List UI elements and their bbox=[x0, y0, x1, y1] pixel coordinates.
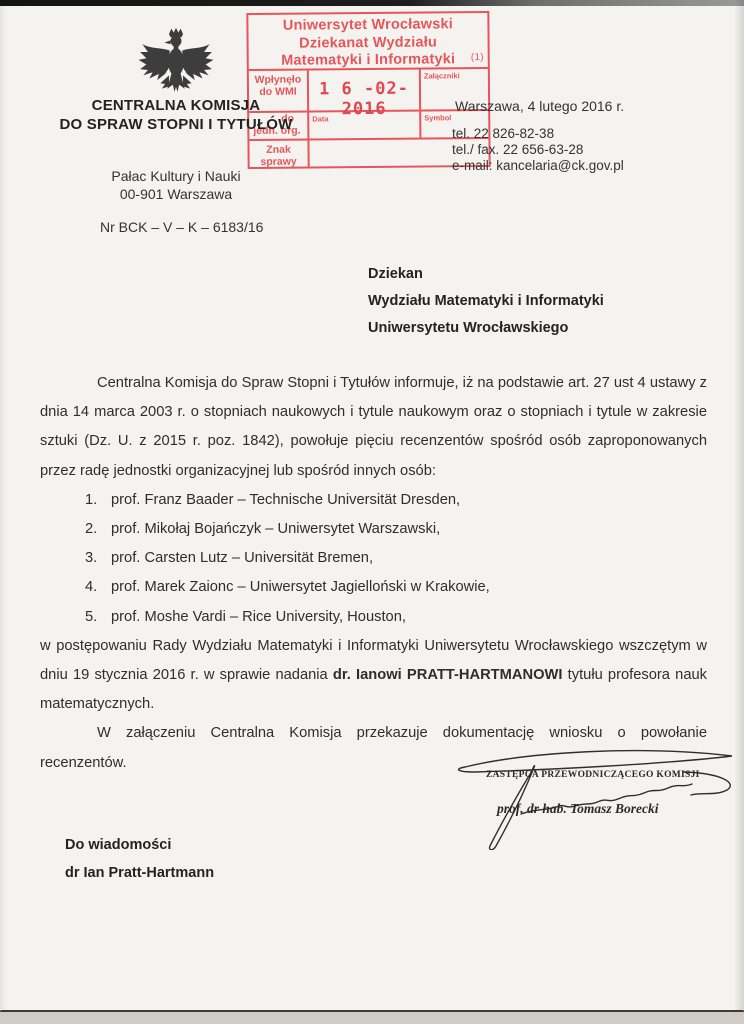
phone-line: tel. 22 826-82-38 bbox=[452, 126, 624, 142]
contact-info: tel. 22 826-82-38 tel./ fax. 22 656-63-2… bbox=[452, 126, 624, 174]
list-item: 1. prof. Franz Baader – Technische Unive… bbox=[85, 486, 707, 515]
signature-scribble bbox=[435, 740, 741, 850]
letter-body: Centralna Komisja do Spraw Stopni i Tytu… bbox=[40, 369, 707, 778]
scan-top-edge-artifact bbox=[0, 0, 744, 6]
signature-block: ZASTĘPCA PRZEWODNICZĄCEGO KOMISJI prof. … bbox=[435, 740, 741, 850]
cc-name: dr Ian Pratt-Hartmann bbox=[65, 860, 214, 888]
stamp-org-line1: Uniwersytet Wrocławski bbox=[248, 16, 487, 36]
recipient-block: Dziekan Wydziału Matematyki i Informatyk… bbox=[368, 261, 604, 342]
stamp-org-line2: Dziekanat Wydziału bbox=[249, 33, 488, 53]
stamp-date-cell: Data bbox=[309, 112, 421, 139]
scanned-letter-page: { "letterhead": { "org_line1": "CENTRALN… bbox=[0, 0, 744, 1024]
sender-address: Pałac Kultury i Nauki 00-901 Warszawa bbox=[35, 168, 317, 203]
polish-eagle-emblem-icon bbox=[137, 27, 215, 102]
scan-bottom-band-artifact bbox=[0, 1012, 744, 1024]
list-item: 2. prof. Mikołaj Bojańczyk – Uniwersytet… bbox=[85, 515, 707, 544]
stamp-date-label: Data bbox=[309, 112, 419, 124]
scan-right-shadow bbox=[734, 0, 744, 1024]
list-item: 3. prof. Carsten Lutz – Universität Brem… bbox=[85, 544, 707, 573]
reviewer-list: 1. prof. Franz Baader – Technische Unive… bbox=[85, 486, 707, 632]
paragraph-2: w postępowaniu Rady Wydziału Matematyki … bbox=[40, 632, 707, 720]
reference-number: Nr BCK – V – K – 6183/16 bbox=[100, 219, 263, 235]
stamp-org-line3: Matematyki i Informatyki bbox=[249, 51, 488, 71]
sender-org-name: CENTRALNA KOMISJA DO SPRAW STOPNI I TYTU… bbox=[35, 97, 317, 134]
place-and-date: Warszawa, 4 lutego 2016 r. bbox=[455, 98, 624, 114]
signatory-name: prof. dr hab. Tomasz Borecki bbox=[497, 801, 659, 817]
list-item: 4. prof. Marek Zaionc – Uniwersytet Jagi… bbox=[85, 573, 707, 602]
sender-address-line1: Pałac Kultury i Nauki bbox=[35, 168, 317, 186]
stamp-header: Uniwersytet Wrocławski Dziekanat Wydział… bbox=[248, 13, 487, 71]
recipient-university: Uniwersytetu Wrocławskiego bbox=[368, 315, 604, 342]
cc-label: Do wiadomości bbox=[65, 832, 214, 860]
sender-org-line1: CENTRALNA KOMISJA bbox=[35, 97, 317, 116]
recipient-faculty: Wydziału Matematyki i Informatyki bbox=[368, 288, 604, 315]
sender-address-line2: 00-901 Warszawa bbox=[35, 186, 317, 204]
phone-fax-line: tel./ fax. 22 656-63-28 bbox=[452, 142, 624, 158]
recipient-title: Dziekan bbox=[368, 261, 604, 288]
email-line: e-mail: kancelaria@ck.gov.pl bbox=[452, 158, 624, 174]
stamp-attachment-label: Załączniki bbox=[421, 69, 488, 81]
sender-org-line2: DO SPRAW STOPNI I TYTUŁÓW bbox=[35, 116, 317, 135]
paragraph-1: Centralna Komisja do Spraw Stopni i Tytu… bbox=[40, 369, 707, 486]
stamp-case-label: Znak sprawy bbox=[249, 141, 309, 168]
scan-left-shadow bbox=[0, 0, 6, 1024]
date-received-stamp: 1 6 -02- 2016 bbox=[309, 70, 421, 111]
list-item: 5. prof. Moshe Vardi – Rice University, … bbox=[85, 603, 707, 632]
stamp-annotation: (1) bbox=[471, 48, 484, 66]
honoree-name: dr. Ianowi PRATT-HARTMANOWI bbox=[333, 667, 563, 683]
signatory-title: ZASTĘPCA PRZEWODNICZĄCEGO KOMISJI bbox=[486, 770, 700, 780]
cc-block: Do wiadomości dr Ian Pratt-Hartmann bbox=[65, 832, 214, 887]
